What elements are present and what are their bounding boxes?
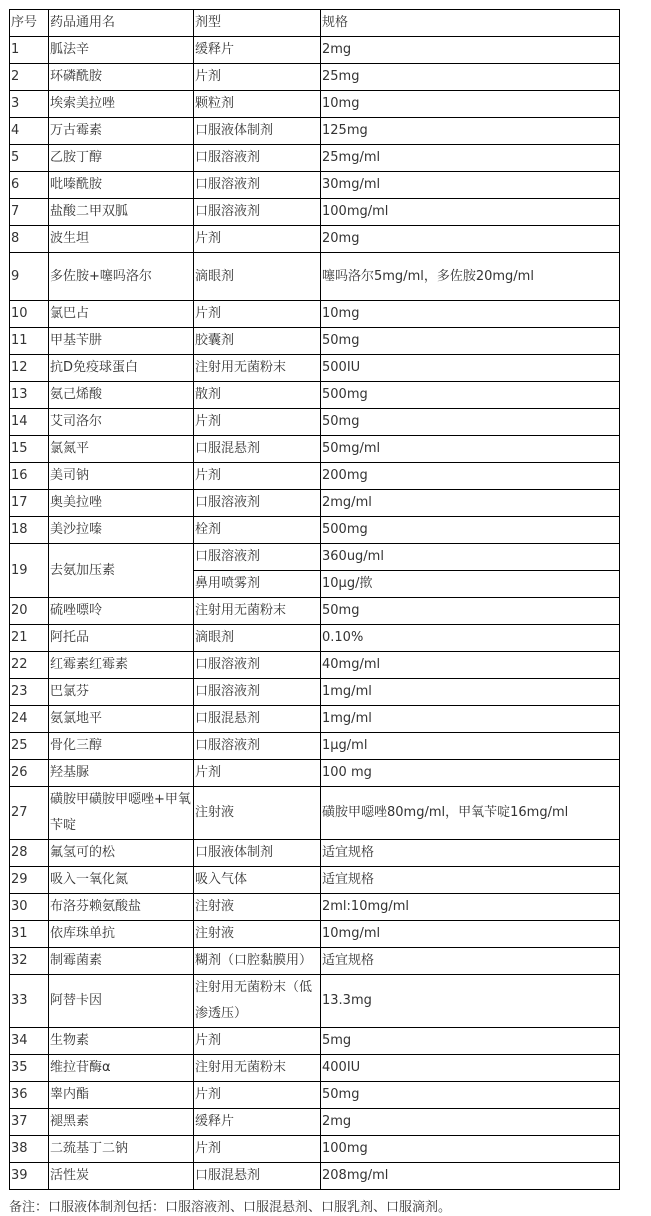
table-row: 38二巯基丁二钠片剂100mg <box>10 1136 620 1163</box>
cell-specification: 50mg/ml <box>321 436 620 463</box>
cell-no: 4 <box>10 118 49 145</box>
cell-dosage-form: 缓释片 <box>194 37 321 64</box>
cell-drug-name: 红霉素红霉素 <box>49 652 194 679</box>
table-row: 9多佐胺+噻吗洛尔滴眼剂噻吗洛尔5mg/ml，多佐胺20mg/ml <box>10 253 620 301</box>
cell-dosage-form: 鼻用喷雾剂 <box>194 571 321 598</box>
cell-specification: 360ug/ml <box>321 544 620 571</box>
cell-specification: 1mg/ml <box>321 706 620 733</box>
cell-drug-name: 甲基苄肼 <box>49 328 194 355</box>
cell-drug-name: 氯巴占 <box>49 301 194 328</box>
cell-dosage-form: 片剂 <box>194 463 321 490</box>
cell-dosage-form: 注射用无菌粉末 <box>194 355 321 382</box>
cell-drug-name: 盐酸二甲双胍 <box>49 199 194 226</box>
cell-specification: 13.3mg <box>321 975 620 1028</box>
cell-dosage-form: 口服溶液剂 <box>194 733 321 760</box>
cell-no: 2 <box>10 64 49 91</box>
cell-drug-name: 抗D免疫球蛋白 <box>49 355 194 382</box>
cell-drug-name: 活性炭 <box>49 1163 194 1190</box>
cell-specification: 30mg/ml <box>321 172 620 199</box>
cell-specification: 50mg <box>321 598 620 625</box>
table-row: 10氯巴占片剂10mg <box>10 301 620 328</box>
cell-no: 13 <box>10 382 49 409</box>
table-row: 14艾司洛尔片剂50mg <box>10 409 620 436</box>
cell-dosage-form: 注射用无菌粉末 <box>194 598 321 625</box>
cell-no: 14 <box>10 409 49 436</box>
cell-specification: 适宜规格 <box>321 948 620 975</box>
table-row: 7盐酸二甲双胍口服溶液剂100mg/ml <box>10 199 620 226</box>
cell-no: 1 <box>10 37 49 64</box>
cell-no: 8 <box>10 226 49 253</box>
cell-no: 25 <box>10 733 49 760</box>
table-row: 2环磷酰胺片剂25mg <box>10 64 620 91</box>
cell-drug-name: 氯氮平 <box>49 436 194 463</box>
cell-no: 29 <box>10 867 49 894</box>
cell-no: 21 <box>10 625 49 652</box>
cell-dosage-form: 口服液体制剂 <box>194 118 321 145</box>
table-row: 30布洛芬赖氨酸盐注射液2ml:10mg/ml <box>10 894 620 921</box>
cell-dosage-form: 口服溶液剂 <box>194 145 321 172</box>
cell-no: 3 <box>10 91 49 118</box>
cell-no: 11 <box>10 328 49 355</box>
drug-list-table: 序号 药品通用名 剂型 规格 1胍法辛缓释片2mg2环磷酰胺片剂25mg3埃索美… <box>9 9 620 1190</box>
table-row: 13氨己烯酸散剂500mg <box>10 382 620 409</box>
table-row: 11甲基苄肼胶囊剂50mg <box>10 328 620 355</box>
table-row: 3埃索美拉唑颗粒剂10mg <box>10 91 620 118</box>
table-row: 27磺胺甲磺胺甲噁唑+甲氧苄啶注射液磺胺甲噁唑80mg/ml，甲氧苄啶16mg/… <box>10 787 620 840</box>
cell-dosage-form: 糊剂（口腔黏膜用） <box>194 948 321 975</box>
cell-no: 7 <box>10 199 49 226</box>
cell-no: 5 <box>10 145 49 172</box>
cell-drug-name: 艾司洛尔 <box>49 409 194 436</box>
table-row: 5乙胺丁醇口服溶液剂25mg/ml <box>10 145 620 172</box>
table-row: 17奥美拉唑口服溶液剂2mg/ml <box>10 490 620 517</box>
cell-no: 19 <box>10 544 49 598</box>
cell-drug-name: 多佐胺+噻吗洛尔 <box>49 253 194 301</box>
table-row: 1胍法辛缓释片2mg <box>10 37 620 64</box>
cell-drug-name: 磺胺甲磺胺甲噁唑+甲氧苄啶 <box>49 787 194 840</box>
cell-specification: 125mg <box>321 118 620 145</box>
cell-no: 35 <box>10 1055 49 1082</box>
cell-specification: 1μg/ml <box>321 733 620 760</box>
table-row: 34生物素片剂5mg <box>10 1028 620 1055</box>
table-row: 37褪黑素缓释片2mg <box>10 1109 620 1136</box>
cell-no: 15 <box>10 436 49 463</box>
cell-drug-name: 硫唑嘌呤 <box>49 598 194 625</box>
cell-no: 23 <box>10 679 49 706</box>
cell-specification: 500mg <box>321 382 620 409</box>
cell-drug-name: 奥美拉唑 <box>49 490 194 517</box>
cell-dosage-form: 口服混悬剂 <box>194 436 321 463</box>
header-drug-name: 药品通用名 <box>49 10 194 37</box>
cell-dosage-form: 口服溶液剂 <box>194 199 321 226</box>
cell-dosage-form: 片剂 <box>194 301 321 328</box>
cell-specification: 适宜规格 <box>321 867 620 894</box>
table-row: 18美沙拉嗪栓剂500mg <box>10 517 620 544</box>
cell-dosage-form: 滴眼剂 <box>194 253 321 301</box>
cell-drug-name: 胍法辛 <box>49 37 194 64</box>
cell-dosage-form: 口服溶液剂 <box>194 652 321 679</box>
drug-table-container: 序号 药品通用名 剂型 规格 1胍法辛缓释片2mg2环磷酰胺片剂25mg3埃索美… <box>9 9 620 1190</box>
cell-specification: 0.10% <box>321 625 620 652</box>
cell-dosage-form: 片剂 <box>194 1136 321 1163</box>
cell-specification: 500mg <box>321 517 620 544</box>
cell-dosage-form: 片剂 <box>194 226 321 253</box>
cell-no: 9 <box>10 253 49 301</box>
table-row: 16美司钠片剂200mg <box>10 463 620 490</box>
cell-specification: 10mg/ml <box>321 921 620 948</box>
cell-dosage-form: 口服溶液剂 <box>194 172 321 199</box>
cell-no: 28 <box>10 840 49 867</box>
cell-no: 37 <box>10 1109 49 1136</box>
cell-no: 39 <box>10 1163 49 1190</box>
header-dosage-form: 剂型 <box>194 10 321 37</box>
table-row: 32制霉菌素糊剂（口腔黏膜用）适宜规格 <box>10 948 620 975</box>
cell-drug-name: 褪黑素 <box>49 1109 194 1136</box>
table-row: 29吸入一氧化氮吸入气体适宜规格 <box>10 867 620 894</box>
cell-specification: 适宜规格 <box>321 840 620 867</box>
cell-drug-name: 埃索美拉唑 <box>49 91 194 118</box>
cell-no: 36 <box>10 1082 49 1109</box>
cell-specification: 25mg/ml <box>321 145 620 172</box>
cell-drug-name: 氨己烯酸 <box>49 382 194 409</box>
cell-specification: 50mg <box>321 328 620 355</box>
cell-dosage-form: 栓剂 <box>194 517 321 544</box>
table-row: 36睾内酯片剂50mg <box>10 1082 620 1109</box>
cell-specification: 1mg/ml <box>321 679 620 706</box>
cell-dosage-form: 片剂 <box>194 409 321 436</box>
table-row: 20硫唑嘌呤注射用无菌粉末50mg <box>10 598 620 625</box>
cell-no: 18 <box>10 517 49 544</box>
cell-dosage-form: 颗粒剂 <box>194 91 321 118</box>
cell-dosage-form: 缓释片 <box>194 1109 321 1136</box>
cell-no: 17 <box>10 490 49 517</box>
cell-specification: 200mg <box>321 463 620 490</box>
table-row: 23巴氯芬口服溶液剂1mg/ml <box>10 679 620 706</box>
cell-specification: 10mg <box>321 91 620 118</box>
cell-dosage-form: 滴眼剂 <box>194 625 321 652</box>
table-footnote: 备注：口服液体制剂包括：口服溶液剂、口服混悬剂、口服乳剂、口服滴剂。 <box>9 1196 451 1215</box>
cell-dosage-form: 片剂 <box>194 760 321 787</box>
cell-dosage-form: 注射用无菌粉末 <box>194 1055 321 1082</box>
cell-dosage-form: 散剂 <box>194 382 321 409</box>
cell-specification: 50mg <box>321 1082 620 1109</box>
cell-specification: 2mg <box>321 37 620 64</box>
cell-specification: 2mg <box>321 1109 620 1136</box>
table-row: 15氯氮平口服混悬剂50mg/ml <box>10 436 620 463</box>
cell-drug-name: 阿托品 <box>49 625 194 652</box>
cell-dosage-form: 口服溶液剂 <box>194 679 321 706</box>
cell-drug-name: 万古霉素 <box>49 118 194 145</box>
cell-drug-name: 环磷酰胺 <box>49 64 194 91</box>
cell-dosage-form: 注射液 <box>194 894 321 921</box>
table-row: 4万古霉素口服液体制剂125mg <box>10 118 620 145</box>
table-row: 21阿托品滴眼剂0.10% <box>10 625 620 652</box>
cell-dosage-form: 注射液 <box>194 921 321 948</box>
cell-drug-name: 波生坦 <box>49 226 194 253</box>
cell-specification: 5mg <box>321 1028 620 1055</box>
cell-no: 24 <box>10 706 49 733</box>
cell-no: 30 <box>10 894 49 921</box>
cell-dosage-form: 口服溶液剂 <box>194 544 321 571</box>
cell-drug-name: 吸入一氧化氮 <box>49 867 194 894</box>
table-row: 39活性炭口服混悬剂208mg/ml <box>10 1163 620 1190</box>
cell-specification: 2ml:10mg/ml <box>321 894 620 921</box>
cell-drug-name: 制霉菌素 <box>49 948 194 975</box>
table-row: 24氨氯地平口服混悬剂1mg/ml <box>10 706 620 733</box>
cell-specification: 2mg/ml <box>321 490 620 517</box>
cell-no: 33 <box>10 975 49 1028</box>
cell-dosage-form: 片剂 <box>194 64 321 91</box>
cell-no: 12 <box>10 355 49 382</box>
cell-specification: 500IU <box>321 355 620 382</box>
cell-drug-name: 去氨加压素 <box>49 544 194 598</box>
cell-specification: 20mg <box>321 226 620 253</box>
cell-specification: 208mg/ml <box>321 1163 620 1190</box>
cell-specification: 10μg/揿 <box>321 571 620 598</box>
cell-no: 16 <box>10 463 49 490</box>
table-row: 31依库珠单抗注射液10mg/ml <box>10 921 620 948</box>
cell-no: 20 <box>10 598 49 625</box>
cell-dosage-form: 口服溶液剂 <box>194 490 321 517</box>
table-row: 8波生坦片剂20mg <box>10 226 620 253</box>
cell-dosage-form: 口服混悬剂 <box>194 706 321 733</box>
cell-no: 32 <box>10 948 49 975</box>
cell-specification: 10mg <box>321 301 620 328</box>
cell-drug-name: 氨氯地平 <box>49 706 194 733</box>
header-specification: 规格 <box>321 10 620 37</box>
cell-no: 22 <box>10 652 49 679</box>
cell-drug-name: 维拉苷酶α <box>49 1055 194 1082</box>
cell-specification: 100mg <box>321 1136 620 1163</box>
table-row: 35维拉苷酶α注射用无菌粉末400IU <box>10 1055 620 1082</box>
cell-no: 38 <box>10 1136 49 1163</box>
cell-dosage-form: 口服液体制剂 <box>194 840 321 867</box>
header-no: 序号 <box>10 10 49 37</box>
cell-specification: 100mg/ml <box>321 199 620 226</box>
table-row: 12抗D免疫球蛋白注射用无菌粉末500IU <box>10 355 620 382</box>
cell-no: 26 <box>10 760 49 787</box>
table-header-row: 序号 药品通用名 剂型 规格 <box>10 10 620 37</box>
cell-no: 27 <box>10 787 49 840</box>
table-row: 28氟氢可的松口服液体制剂适宜规格 <box>10 840 620 867</box>
cell-specification: 50mg <box>321 409 620 436</box>
cell-specification: 40mg/ml <box>321 652 620 679</box>
cell-drug-name: 生物素 <box>49 1028 194 1055</box>
cell-drug-name: 布洛芬赖氨酸盐 <box>49 894 194 921</box>
cell-specification: 400IU <box>321 1055 620 1082</box>
table-row: 22红霉素红霉素口服溶液剂40mg/ml <box>10 652 620 679</box>
cell-drug-name: 睾内酯 <box>49 1082 194 1109</box>
cell-drug-name: 阿替卡因 <box>49 975 194 1028</box>
cell-drug-name: 依库珠单抗 <box>49 921 194 948</box>
table-row: 19去氨加压素口服溶液剂360ug/ml <box>10 544 620 571</box>
cell-drug-name: 美沙拉嗪 <box>49 517 194 544</box>
cell-specification: 25mg <box>321 64 620 91</box>
cell-no: 34 <box>10 1028 49 1055</box>
cell-specification: 磺胺甲噁唑80mg/ml，甲氧苄啶16mg/ml <box>321 787 620 840</box>
cell-no: 31 <box>10 921 49 948</box>
cell-drug-name: 乙胺丁醇 <box>49 145 194 172</box>
cell-dosage-form: 注射液 <box>194 787 321 840</box>
cell-drug-name: 巴氯芬 <box>49 679 194 706</box>
cell-no: 10 <box>10 301 49 328</box>
cell-dosage-form: 胶囊剂 <box>194 328 321 355</box>
cell-drug-name: 骨化三醇 <box>49 733 194 760</box>
cell-dosage-form: 片剂 <box>194 1082 321 1109</box>
table-row: 25骨化三醇口服溶液剂1μg/ml <box>10 733 620 760</box>
cell-dosage-form: 口服混悬剂 <box>194 1163 321 1190</box>
cell-drug-name: 吡嗪酰胺 <box>49 172 194 199</box>
cell-specification: 100 mg <box>321 760 620 787</box>
cell-drug-name: 羟基脲 <box>49 760 194 787</box>
cell-dosage-form: 吸入气体 <box>194 867 321 894</box>
table-row: 33阿替卡因注射用无菌粉末（低渗透压）13.3mg <box>10 975 620 1028</box>
cell-dosage-form: 注射用无菌粉末（低渗透压） <box>194 975 321 1028</box>
cell-drug-name: 美司钠 <box>49 463 194 490</box>
table-row: 26羟基脲片剂100 mg <box>10 760 620 787</box>
cell-no: 6 <box>10 172 49 199</box>
cell-dosage-form: 片剂 <box>194 1028 321 1055</box>
cell-drug-name: 氟氢可的松 <box>49 840 194 867</box>
cell-specification: 噻吗洛尔5mg/ml，多佐胺20mg/ml <box>321 253 620 301</box>
cell-drug-name: 二巯基丁二钠 <box>49 1136 194 1163</box>
table-row: 6吡嗪酰胺口服溶液剂30mg/ml <box>10 172 620 199</box>
